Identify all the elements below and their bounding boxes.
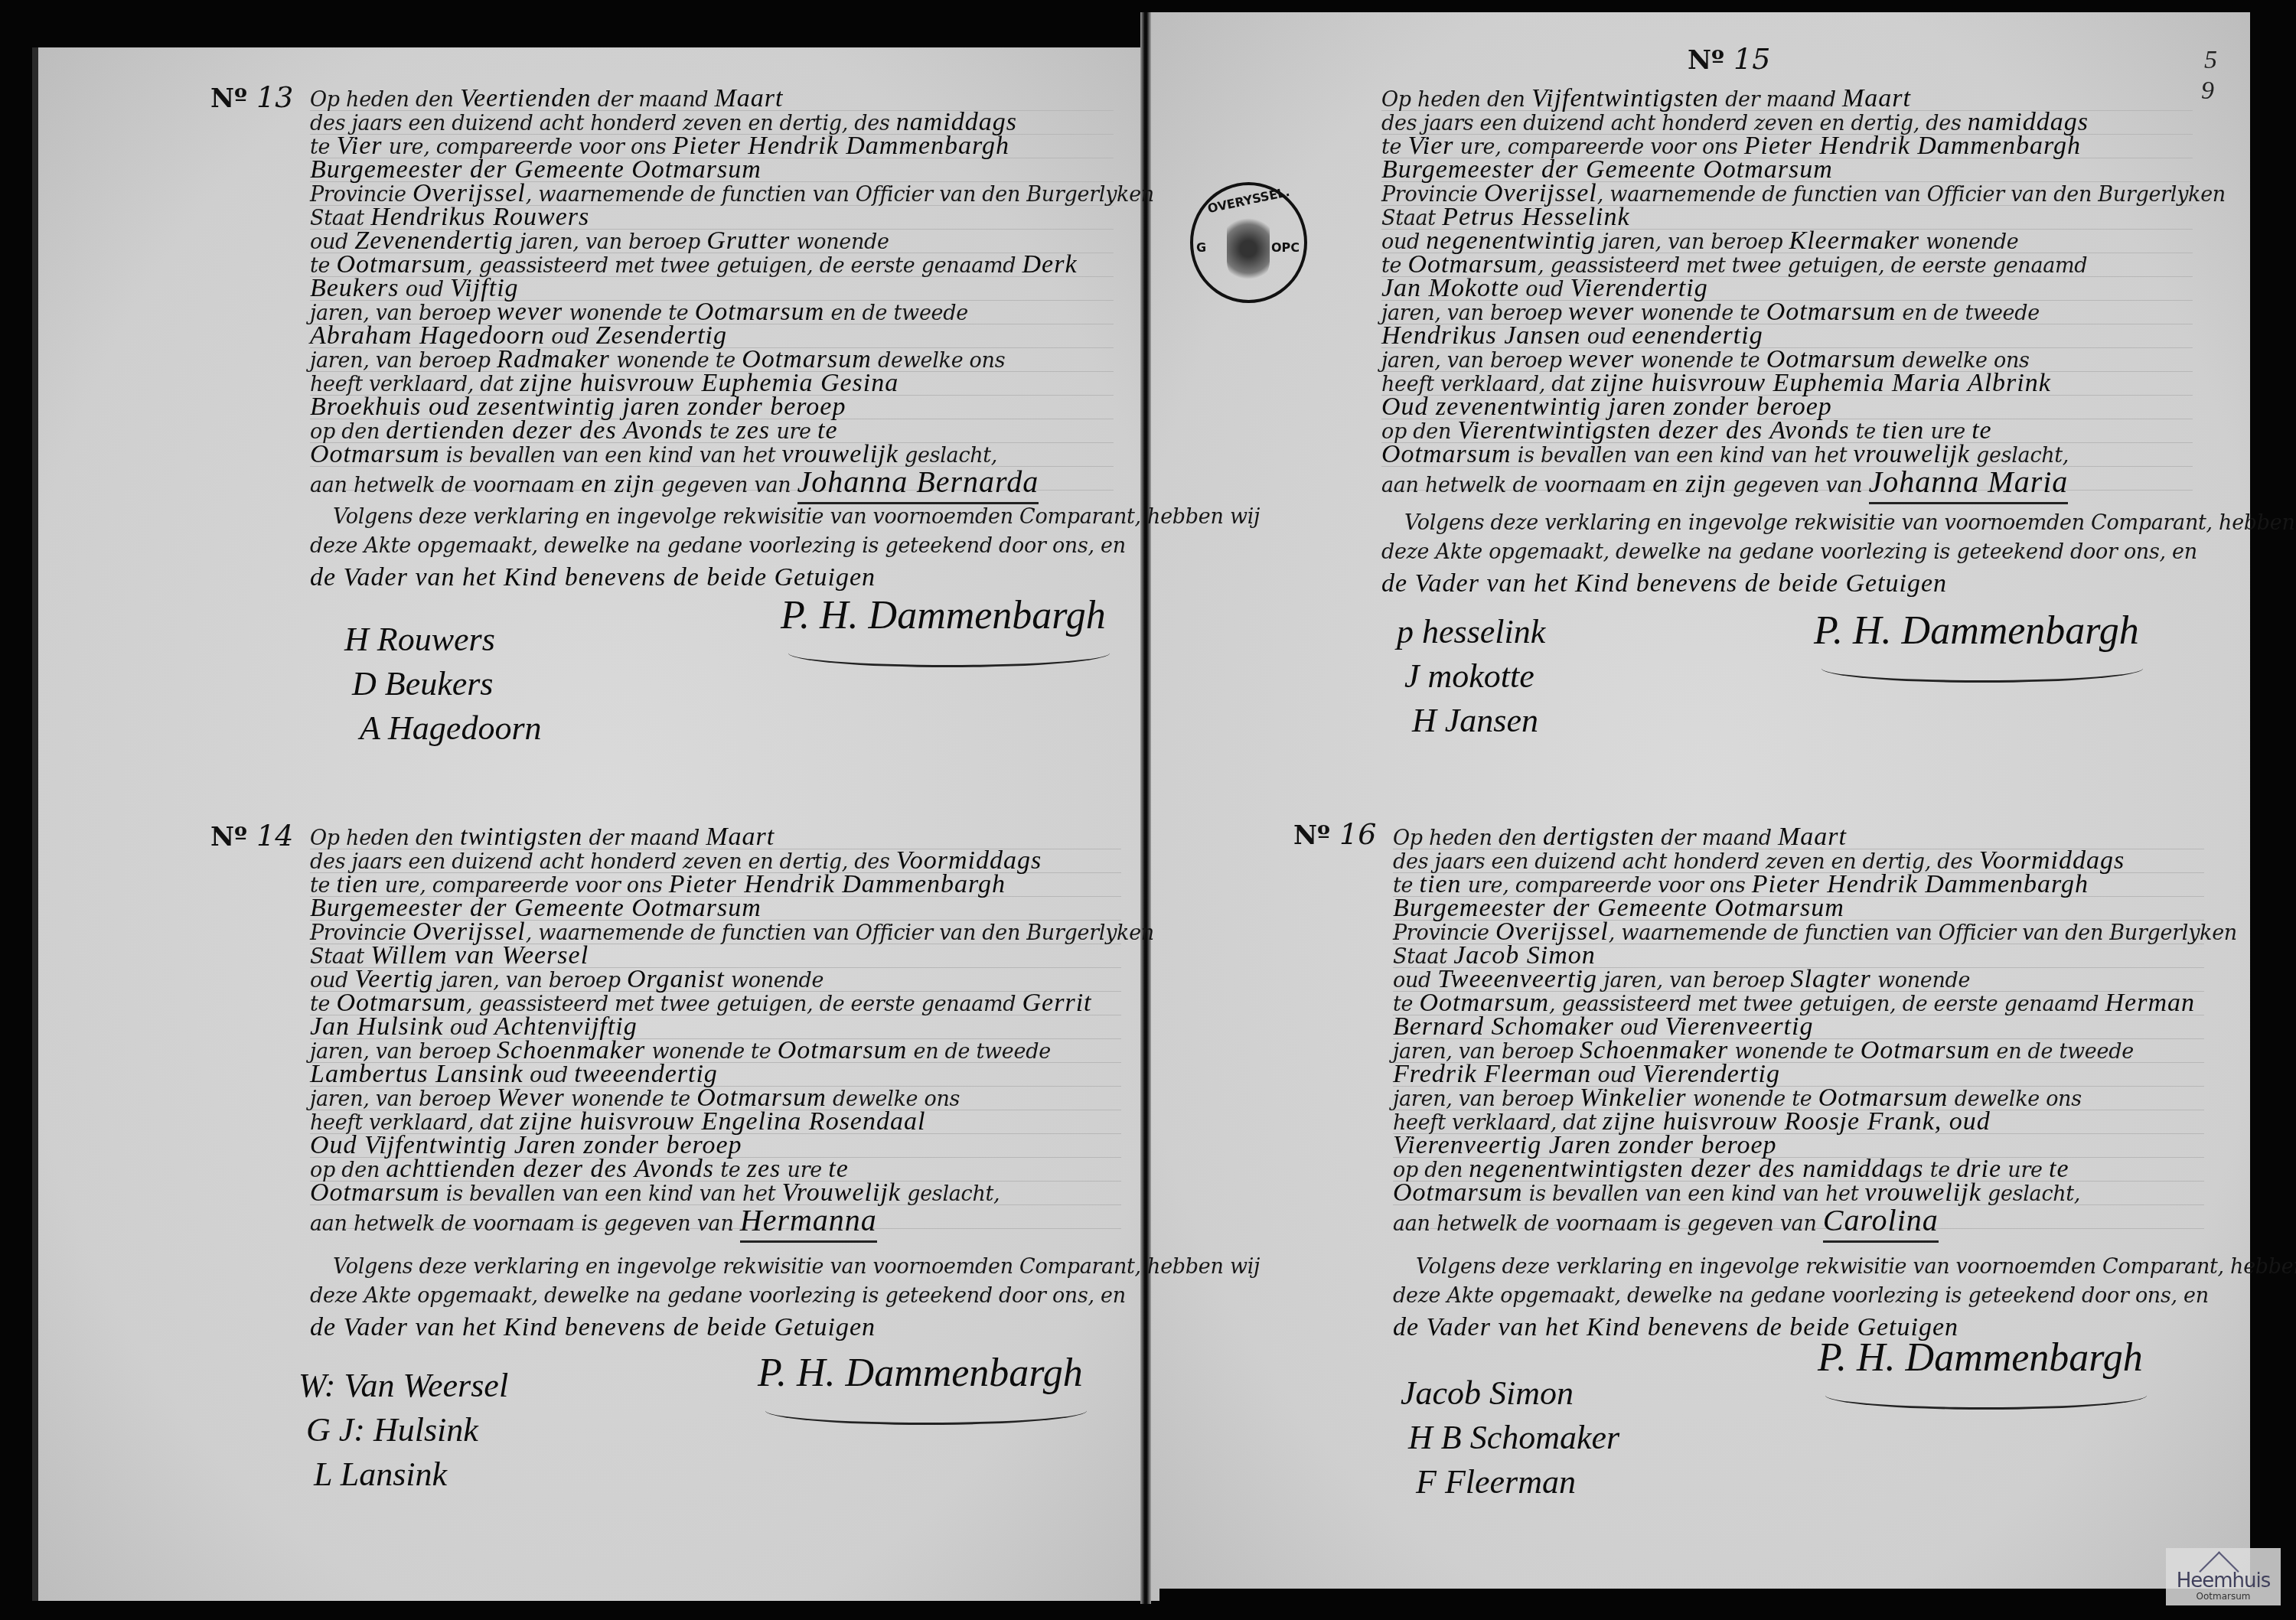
official-signature: P. H. Dammenbargh (1818, 1335, 2143, 1380)
witness-signature: J mokotte (1404, 657, 1534, 696)
heemhuis-watermark: Heemhuis Ootmarsum (2166, 1548, 2281, 1605)
closing-line: deze Akte opgemaakt, dewelke na gedane v… (310, 534, 1126, 558)
closing-line: de Vader van het Kind benevens de beide … (310, 1313, 876, 1342)
child-first-name: Johanna Bernarda (797, 464, 1039, 504)
number-value: 16 (1339, 817, 1376, 851)
handwritten-entry: Ootmarsum (778, 1036, 908, 1064)
closing-line: Volgens deze verklaring en ingevolge rek… (333, 505, 1260, 529)
folio-mark: 9 (2201, 77, 2214, 106)
closing-line: de Vader van het Kind benevens de beide … (310, 563, 876, 592)
crown-crest-icon (1227, 214, 1270, 283)
signature-flourish (765, 1397, 1087, 1425)
printed-text: aan hetwelk de voornaam (310, 474, 581, 497)
handwritten-entry: en zijn (1652, 470, 1727, 498)
child-first-name: Johanna Maria (1869, 464, 2069, 504)
printed-text: gegeven van (655, 474, 797, 497)
printed-text: aan hetwelk de voornaam (1381, 474, 1652, 497)
witness-signature: L Lansink (314, 1455, 447, 1494)
act-line: aan hetwelk de voornaam en zijn gegeven … (1381, 464, 2068, 500)
printed-text: en de tweede (907, 1040, 1051, 1064)
printed-text: en de tweede (824, 302, 968, 325)
folio-number: 5 (2204, 46, 2217, 75)
witness-signature: H Jansen (1412, 701, 1538, 740)
act-number: Nº16 (1293, 817, 1376, 851)
witness-signature: p hesselink (1397, 612, 1545, 651)
printed-text: , geassisteerd met twee getuigen, de eer… (466, 254, 1022, 278)
witness-signature: W: Van Weersel (298, 1366, 508, 1405)
signature-flourish (1825, 1381, 2147, 1410)
printed-text: , waarnemende de functien van Officier v… (1609, 921, 2237, 945)
closing-line: de Vader van het Kind benevens de beide … (1381, 569, 1947, 598)
number-label: Nº (210, 83, 247, 114)
watermark-title: Heemhuis (2166, 1569, 2281, 1592)
handwritten-entry: Derk (1022, 250, 1078, 279)
closing-line: deze Akte opgemaakt, dewelke na gedane v… (310, 1284, 1126, 1308)
act-number: Nº14 (210, 819, 293, 852)
printed-text: en de tweede (1990, 1040, 2134, 1064)
number-label: Nº (1688, 45, 1724, 76)
official-signature: P. H. Dammenbargh (781, 593, 1106, 638)
printed-text: aan hetwelk de voornaam is gegeven van (310, 1212, 740, 1236)
number-value: 13 (256, 80, 293, 114)
printed-text: geslacht, (1981, 1182, 2080, 1206)
signature-flourish (1821, 654, 2143, 683)
closing-line: Volgens deze verklaring en ingevolge rek… (333, 1255, 1260, 1279)
closing-line: deze Akte opgemaakt, dewelke na gedane v… (1381, 540, 2197, 564)
child-first-name: Hermanna (740, 1203, 877, 1243)
handwritten-entry: Ootmarsum (1766, 298, 1896, 326)
stamp-right-text: OPC (1271, 240, 1300, 255)
handwritten-entry: Herman (2105, 989, 2195, 1017)
printed-text: en de tweede (1896, 302, 2040, 325)
stamp-left-text: G (1196, 240, 1206, 255)
number-label: Nº (1293, 820, 1330, 851)
witness-signature: Jacob Simon (1401, 1374, 1574, 1413)
handwritten-entry: Gerrit (1022, 989, 1092, 1017)
watermark-subtitle: Ootmarsum (2166, 1591, 2281, 1602)
number-label: Nº (210, 822, 247, 852)
witness-signature: H Rouwers (344, 620, 495, 659)
closing-line: Volgens deze verklaring en ingevolge rek… (1404, 511, 2296, 535)
act-line: aan hetwelk de voornaam is gegeven van H… (310, 1202, 877, 1238)
printed-text: , waarnemende de functien van Officier v… (1597, 183, 2226, 207)
official-signature: P. H. Dammenbargh (1814, 608, 2139, 654)
act-line: aan hetwelk de voornaam is gegeven van C… (1393, 1202, 1939, 1238)
act-number: Nº15 (1688, 42, 1770, 76)
closing-line: deze Akte opgemaakt, dewelke na gedane v… (1393, 1284, 2209, 1308)
act-line: aan hetwelk de voornaam en zijn gegeven … (310, 464, 1039, 500)
witness-signature: A Hagedoorn (360, 709, 542, 748)
witness-signature: G J: Hulsink (306, 1410, 478, 1449)
printed-text: aan hetwelk de voornaam is gegeven van (1393, 1212, 1823, 1236)
book-spine (1140, 12, 1151, 1604)
printed-text: geslacht, (901, 1182, 1000, 1206)
child-first-name: Carolina (1823, 1203, 1939, 1243)
closing-line: Volgens deze verklaring en ingevolge rek… (1416, 1255, 2296, 1279)
printed-text: gegeven van (1727, 474, 1869, 497)
witness-signature: H B Schomaker (1408, 1418, 1619, 1457)
witness-signature: D Beukers (352, 664, 494, 703)
number-value: 15 (1733, 42, 1770, 76)
witness-signature: F Fleerman (1416, 1462, 1576, 1501)
signature-flourish (788, 639, 1110, 667)
overyssel-tax-stamp: OVERYSSEL. G OPC (1190, 182, 1307, 303)
handwritten-entry: Ootmarsum (1861, 1036, 1991, 1064)
official-signature: P. H. Dammenbargh (758, 1351, 1083, 1396)
number-value: 14 (256, 819, 293, 852)
printed-text: , waarnemende de functien van Officier v… (526, 183, 1154, 207)
printed-text: , waarnemende de functien van Officier v… (526, 921, 1154, 945)
act-number: Nº13 (210, 80, 293, 114)
handwritten-entry: en zijn (581, 470, 655, 498)
